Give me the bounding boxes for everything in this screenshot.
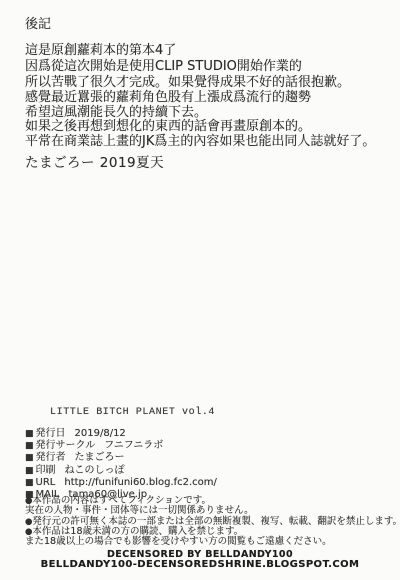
- square-bullet-icon: ■: [25, 453, 34, 463]
- colophon-value: たまごろー: [75, 452, 125, 463]
- text-line: 感覺最近囂張的蘿莉角色股有上漲成爲流行的趨勢: [25, 91, 375, 106]
- colophon-label: 発行者: [36, 452, 66, 463]
- afterword-heading: 後記: [25, 13, 51, 32]
- colophon-block: ■発行日2019/8/12 ■発行サークルフニフニラボ ■発行者たまごろー ■印…: [25, 428, 217, 501]
- text-line: 所以苦戰了很久才完成。如果覺得成果不好的話很抱歉。: [25, 75, 350, 91]
- colophon-label: URL: [36, 477, 56, 488]
- colophon-row: ■発行者たまごろー: [25, 452, 217, 464]
- book-title: LITTLE BITCH PLANET vol.4: [50, 407, 215, 418]
- text-line: 希望這風潮能長久的持續下去。: [25, 106, 375, 121]
- disclaimer-line: また18歳以上の場合でも影響を受けやすい方の閲覧もご遠慮ください。: [25, 537, 400, 547]
- square-bullet-icon: ■: [25, 466, 34, 476]
- colophon-row: ■印刷ねこのしっぽ: [25, 465, 217, 477]
- square-bullet-icon: ■: [25, 429, 34, 439]
- colophon-row: ■発行サークルフニフニラボ: [25, 440, 217, 452]
- afterword-paragraph-2: 感覺最近囂張的蘿莉角色股有上漲成爲流行的趨勢 希望這風潮能長久的持續下去。 如果…: [25, 91, 375, 149]
- colophon-label: 印刷: [36, 465, 56, 476]
- decensor-credit-site: BELLDANDY100-DECENSOREDSHRINE.BLOGSPOT.C…: [0, 559, 400, 570]
- text-line: 平常在商業誌上畫的JK爲主的內容如果也能出同人誌就好了。: [25, 135, 375, 150]
- text-line: 如果之後再想到想化的東西的話會再畫原創本的。: [25, 120, 375, 135]
- colophon-value: ねこのしっぽ: [65, 465, 125, 476]
- colophon-url-text: http://funifuni60.blog.fc2.com/: [64, 477, 217, 488]
- square-bullet-icon: ■: [25, 441, 34, 451]
- disclaimer-text: また18歳以上の場合でも影響を受けやすい方の閲覧もご遠慮ください。: [25, 536, 332, 547]
- disclaimer-block: ●本作品の内容はすべてフィクションです。 実在の人物・事件・団体等には一切関係あ…: [25, 496, 400, 547]
- colophon-label: 発行サークル: [36, 440, 96, 451]
- colophon-value: フニフニラボ: [104, 440, 163, 451]
- colophon-value: 2019/8/12: [75, 428, 126, 439]
- square-bullet-icon: ■: [25, 478, 34, 488]
- text-line: 因爲從這次開始是使用CLIP STUDIO開始作業的: [25, 59, 350, 75]
- scanned-afterword-page: 後記 這是原創蘿莉本的第本4了 因爲從這次開始是使用CLIP STUDIO開始作…: [0, 0, 400, 580]
- author-signature: たまごろー 2019夏天: [25, 151, 164, 171]
- text-line: 這是原創蘿莉本的第本4了: [25, 43, 350, 59]
- colophon-row: ■URLhttp://funifuni60.blog.fc2.com/: [25, 477, 217, 489]
- colophon-row: ■発行日2019/8/12: [25, 428, 217, 440]
- afterword-paragraph-1: 這是原創蘿莉本的第本4了 因爲從這次開始是使用CLIP STUDIO開始作業的 …: [25, 43, 350, 91]
- colophon-label: 発行日: [36, 428, 66, 439]
